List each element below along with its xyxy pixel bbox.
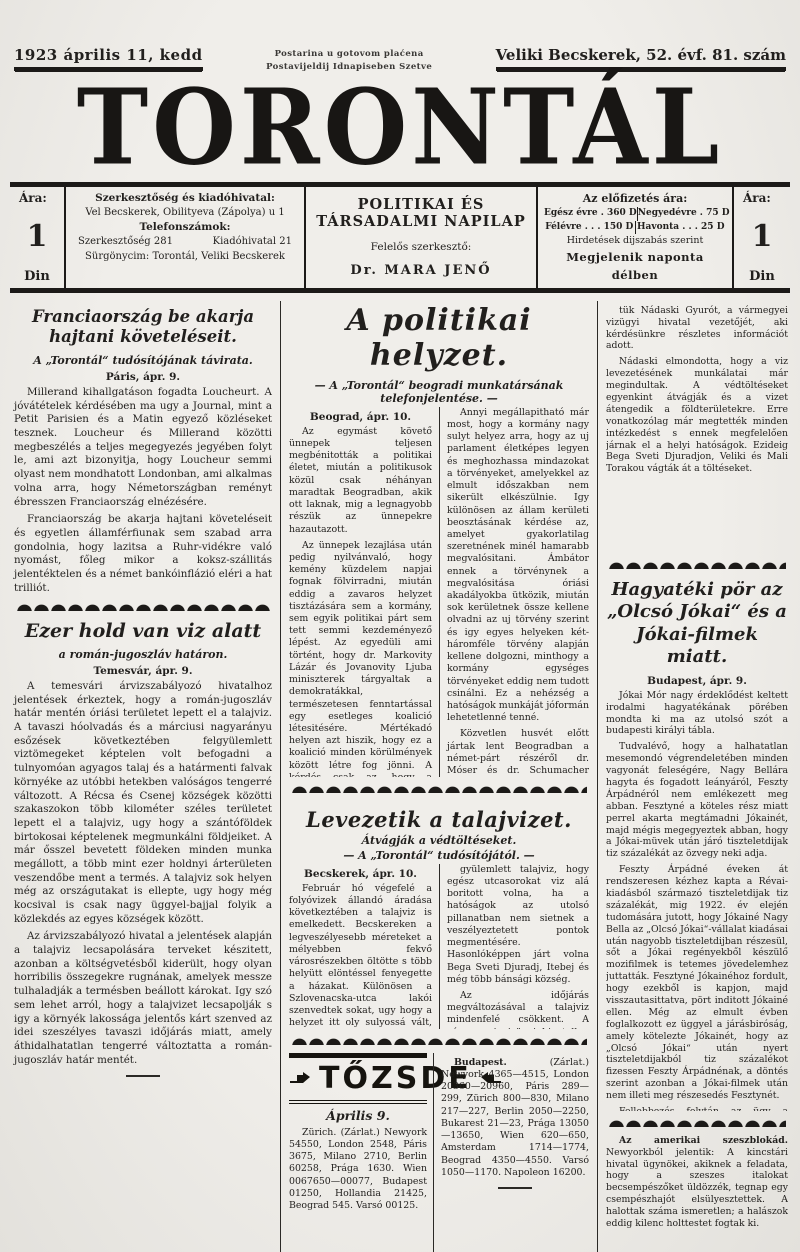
paragraph: Az egymást követő ünnepek teljesen megbé… (289, 426, 432, 536)
end-dash (498, 1187, 532, 1189)
end-dash (126, 1075, 160, 1077)
subscription-box: Az előfizetés ára: Egész évre . 360 D Ne… (538, 187, 734, 288)
article-title: Ezer hold van viz alatt (14, 619, 272, 644)
newspaper-page: 1923 április 11, kedd Postarina u gotovo… (0, 0, 800, 1252)
article-continuation: tük Nádaski Gyurót, a vármegyei vizügyi … (606, 305, 788, 553)
paragraph: Annyi megállapitható már most, hogy a ko… (447, 407, 589, 725)
dateline: Páris, ápr. 9. (14, 371, 272, 383)
dateline: Beograd, ápr. 10. (289, 411, 432, 423)
phones-title: Telefonszámok: (72, 220, 298, 235)
budapest-city-label: Budapest. (454, 1057, 507, 1068)
paragraph: Franciaország be akarja hajtani követelé… (14, 513, 272, 595)
telegram-address: Sürgönycim: Torontál, Veliki Becskerek (72, 250, 298, 265)
paragraph: Jókai Mór nagy érdeklődést keltett iroda… (606, 690, 788, 738)
column-1: Franciaország be akarja hajtani követelé… (10, 301, 280, 1252)
paragraph: gyülemlett talajviz, hogy egész utcasoro… (447, 864, 589, 986)
scallop-divider (291, 1036, 587, 1045)
editor-label: Felelős szerkesztő: (312, 241, 530, 253)
ads-pricing-note: Hirdetések dijszabás szerint (544, 234, 726, 248)
price-label: Ára: (16, 191, 58, 205)
editor-name: Dr. MARA JENŐ (312, 263, 530, 278)
budapest-quotes: Budapest. (Zárlat.) Newyork 4365—4515, L… (441, 1057, 589, 1179)
page-body: Franciaország be akarja hajtani követelé… (10, 301, 790, 1252)
two-column-text: Beograd, ápr. 10. Az egymást követő ünne… (289, 407, 589, 777)
subcolumn-right: gyülemlett talajviz, hogy egész utcasoro… (439, 864, 589, 1029)
office-title: Szerkesztőség és kiadóhivatal: (72, 191, 298, 206)
article-political-situation: A politikai helyzet. — A „Torontál“ beog… (289, 303, 589, 777)
subs-monthly: Havonta . . . 25 D (636, 221, 727, 235)
paragraph: Február hó végefelé a folyóvizek állandó… (289, 883, 432, 1029)
subcolumn-left: Becskerek, ápr. 10. Február hó végefelé … (289, 864, 439, 1029)
paragraph: Millerand kihallgatáson fogadta Loucheur… (14, 386, 272, 509)
scallop-divider (608, 560, 786, 569)
subscription-row-1: Egész évre . 360 D Negyedévre . 75 D (544, 207, 726, 221)
price-value: 1 (740, 222, 784, 252)
paragraph: Az időjárás megváltozásával a talajviz m… (447, 990, 589, 1029)
two-column-text: Becskerek, ápr. 10. Február hó végefelé … (289, 864, 589, 1029)
article-subtitle: — A „Torontál“ beogradi munkatársának te… (289, 379, 589, 405)
article-drain-groundwater: Levezetik a talajvizet. Átvágják a védtö… (289, 801, 589, 1029)
brief-text: Newyorkból jelentik: A kincstári hivatal… (606, 1147, 788, 1229)
price-unit: Din (740, 269, 784, 284)
info-bar: Ára: 1 Din Szerkesztőség és kiadóhivatal… (10, 182, 790, 293)
office-box: Szerkesztőség és kiadóhivatal: Vel Becsk… (66, 187, 306, 288)
article-jokai-estate: Hagyatéki pör az „Olcsó Jókai“ és a Jóka… (606, 577, 788, 1111)
postage-line-1: Postarina u gotovom plaćena (266, 48, 432, 61)
stock-exchange-section: TŐZSDE Április 9. Zürich. (Zárlat.) Newy… (289, 1053, 589, 1252)
dateline: Becskerek, ápr. 10. (289, 868, 432, 880)
phone-editorial: Szerkesztőség 281 (78, 235, 173, 250)
article-subtitle: a román-jugoszláv határon. (14, 648, 272, 661)
column-3: tük Nádaski Gyurót, a vármegyei vizügyi … (598, 301, 790, 1252)
price-value: 1 (16, 222, 58, 252)
subcolumn-left: Beograd, ápr. 10. Az egymást követő ünne… (289, 407, 439, 777)
paper-type: POLITIKAI ÉS TÁRSADALMI NAPILAP (312, 196, 530, 230)
publication-schedule: Megjelenik naponta délben (544, 249, 726, 284)
stock-left: TŐZSDE Április 9. Zürich. (Zárlat.) Newy… (289, 1053, 433, 1252)
article-subtitle: Átvágják a védtöltéseket. (289, 834, 589, 847)
paragraph: Az ünnepek lezajlása után pedig nyilvánv… (289, 540, 432, 777)
subs-yearly: Egész évre . 360 D (544, 207, 638, 221)
paragraph: Az árvizszabályozó hivatal a jelentések … (14, 930, 272, 1067)
paragraph: A temesvári árvizszabályozó hivatalhoz j… (14, 680, 272, 926)
subscription-title: Az előfizetés ára: (544, 191, 726, 208)
article-title: Hagyatéki pör az „Olcsó Jókai“ és a Jóka… (606, 579, 788, 669)
phones-row: Szerkesztőség 281 Kiadóhivatal 21 (72, 235, 298, 250)
subcolumn-right: Annyi megállapitható már most, hogy a ko… (439, 407, 589, 777)
masthead: TORONTÁL (10, 76, 790, 172)
budapest-quotes-text: (Zárlat.) Newyork 4365—4515, London 2036… (441, 1057, 589, 1178)
dateline: Temesvár, ápr. 9. (14, 665, 272, 677)
newspaper-title: TORONTÁL (10, 76, 790, 180)
price-unit: Din (16, 269, 58, 284)
price-box-left: Ára: 1 Din (10, 187, 66, 288)
stock-date: Április 9. (289, 1108, 427, 1123)
article-title: A politikai helyzet. (289, 303, 589, 373)
scallop-divider (16, 602, 270, 611)
paragraph: Fellebbezés folytán az ügy a táblához ke… (606, 1106, 788, 1111)
office-address: Vel Becskerek, Obilityeva (Zápolya) u 1 (72, 206, 298, 221)
article-subtitle: A „Torontál“ tudósítójának távirata. (14, 354, 272, 367)
price-box-right: Ára: 1 Din (734, 187, 790, 288)
paragraph: Nádaski elmondotta, hogy a viz levezetés… (606, 356, 788, 475)
phone-publishing: Kiadóhivatal 21 (213, 235, 292, 250)
stock-right: Budapest. (Zárlat.) Newyork 4365—4515, L… (433, 1053, 589, 1252)
article-title: Levezetik a talajvizet. (289, 807, 589, 832)
article-flood-border: Ezer hold van viz alatt a román-jugoszlá… (14, 619, 272, 1077)
paper-type-box: POLITIKAI ÉS TÁRSADALMI NAPILAP Felelős … (306, 187, 538, 288)
article-byline: — A „Torontál“ tudósítójától. — (289, 849, 589, 862)
column-2: A politikai helyzet. — A „Torontál“ beog… (280, 301, 598, 1252)
dateline: Budapest, ápr. 9. (606, 675, 788, 687)
scallop-divider (291, 784, 587, 793)
ornament-icon (289, 1071, 311, 1085)
zurich-quotes: Zürich. (Zárlat.) Newyork 54550, London … (289, 1127, 427, 1213)
article-title: Franciaország be akarja hajtani követelé… (14, 307, 272, 348)
brief-title: Az amerikai szeszblokád. (619, 1135, 788, 1146)
paragraph: Feszty Árpádné éveken át rendszeresen ké… (606, 864, 788, 1102)
news-brief: Az amerikai szeszblokád. Newyorkból jele… (606, 1135, 788, 1230)
paragraph: Közvetlen husvét előtt jártak lent Beogr… (447, 728, 589, 776)
paragraph: Tudvalévő, hogy a halhatatlan mesemondó … (606, 741, 788, 860)
scallop-divider (608, 1118, 786, 1127)
subs-halfyear: Félévre . . . 150 D (544, 221, 636, 235)
article-france: Franciaország be akarja hajtani követelé… (14, 307, 272, 596)
stock-header-box: TŐZSDE (289, 1053, 427, 1104)
paragraph: tük Nádaski Gyurót, a vármegyei vizügyi … (606, 305, 788, 353)
article-liquor-blockade: Az amerikai szeszblokád. Newyorkból jele… (606, 1135, 788, 1252)
subs-quarterly: Negyedévre . 75 D (638, 207, 730, 221)
subscription-row-2: Félévre . . . 150 D Havonta . . . 25 D (544, 221, 726, 235)
price-label: Ára: (740, 191, 784, 205)
